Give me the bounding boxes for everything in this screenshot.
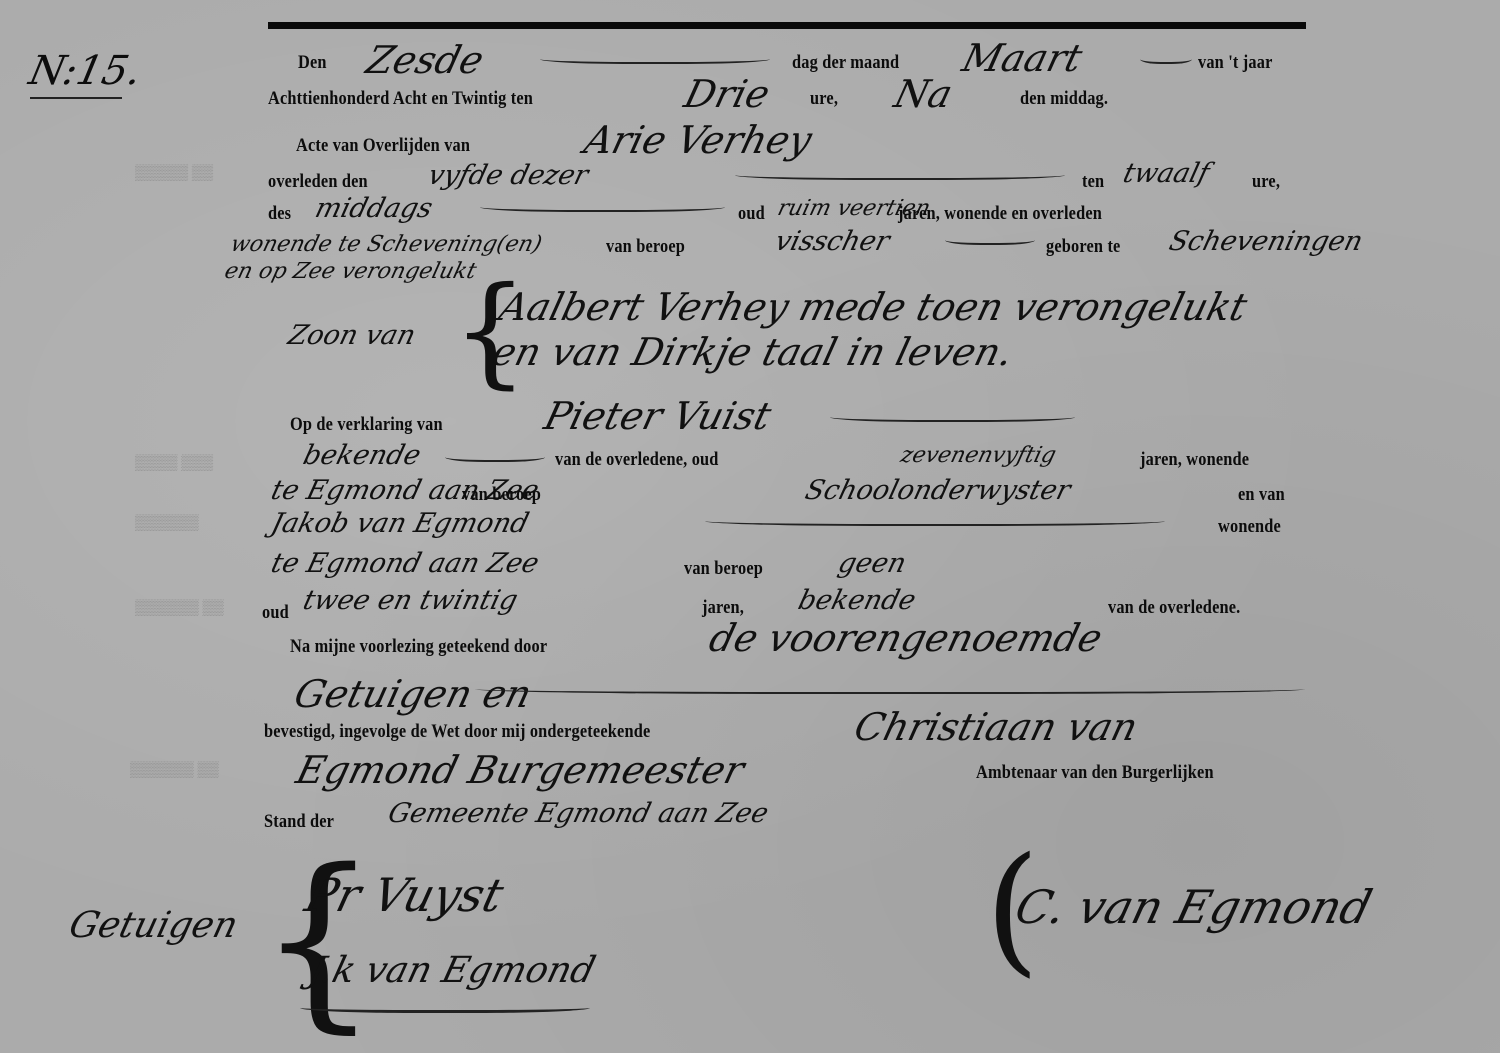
label-den: Den (298, 52, 327, 74)
label-van-beroep: van beroep (606, 236, 685, 258)
bleed-through-text: ▒▒▒▒▒▒ ▒▒ (135, 600, 224, 617)
field-father: Aalbert Verhey mede toen verongelukt (495, 285, 1251, 329)
fill-line (480, 200, 725, 212)
label-van-beroep-3: van beroep (684, 558, 763, 580)
label-van-de-overledene-oud: van de overledene, oud (555, 449, 719, 471)
field-official-name: Christiaan van (850, 705, 1142, 749)
field-witness1-age: zevenenvyftig (898, 443, 1059, 468)
label-bevestigd: bevestigd, ingevolge de Wet door mij ond… (264, 721, 650, 743)
field-witness2-age: twee en twintig (300, 585, 521, 616)
field-note: en op Zee verongelukt (222, 259, 479, 284)
field-month: Maart (958, 36, 1087, 80)
label-dag-der-maand: dag der maand (792, 52, 899, 74)
label-oud: oud (738, 203, 765, 225)
field-signed-by-2: Getuigen en (290, 672, 536, 716)
field-witness1-name: Pieter Vuist (540, 394, 776, 438)
label-wonende: wonende (1218, 516, 1281, 538)
fill-line (945, 233, 1035, 245)
field-birthplace: Scheveningen (1166, 226, 1366, 257)
label-van-t-jaar: van 't jaar (1198, 52, 1273, 74)
fill-line (735, 168, 1065, 180)
signature-official: C. van Egmond (1010, 880, 1377, 934)
field-mother: en van Dirkje taal in leven. (488, 330, 1018, 374)
bleed-through-text: ▒▒▒▒▒ ▒▒ (135, 165, 213, 182)
fill-line (445, 450, 545, 462)
fill-line (540, 52, 770, 64)
top-rule (268, 22, 1306, 29)
field-residence: wonende te Schevening(en) (228, 232, 544, 257)
field-hour: Drie (680, 72, 774, 116)
label-ure-2: ure, (1252, 171, 1280, 193)
label-den-middag: den middag. (1020, 88, 1108, 110)
signature-witness1: Pr Vuyst (300, 868, 509, 922)
label-zoon-van: Zoon van (285, 320, 419, 351)
field-official-title: Egmond Burgemeester (292, 748, 749, 792)
field-signed-by: de voorengenoemde (705, 616, 1107, 660)
fill-line (475, 682, 1305, 694)
field-witness2-profession: geen (835, 548, 909, 579)
document-page: N:15. ▒▒▒▒▒ ▒▒ ▒▒▒▒ ▒▒▒ ▒▒▒▒▒▒ ▒▒▒▒▒▒ ▒▒… (0, 0, 1500, 1053)
label-op-de-verklaring: Op de verklaring van (290, 414, 443, 436)
label-overleden-den: overleden den (268, 171, 368, 193)
bleed-through-text: ▒▒▒▒ ▒▒▒ (135, 455, 213, 472)
label-geboren-te: geboren te (1046, 236, 1120, 258)
record-number-underline (30, 97, 122, 99)
field-municipality: Gemeente Egmond aan Zee (385, 798, 772, 829)
field-profession: visscher (772, 226, 893, 257)
label-jaren-wonende-overleden: jaren, wonende en overleden (898, 203, 1102, 225)
field-deceased-name: Arie Verhey (580, 118, 816, 162)
field-death-part-of-day: middags (312, 193, 436, 224)
field-death-day: vyfde dezer (425, 160, 591, 191)
label-acte-van-overlijden: Acte van Overlijden van (296, 135, 470, 157)
field-witness2-residence: te Egmond aan Zee (268, 548, 542, 579)
label-ambtenaar: Ambtenaar van den Burgerlijken (976, 762, 1214, 784)
fill-line (1140, 52, 1192, 64)
record-number: N:15. (25, 48, 145, 94)
fill-line (830, 410, 1075, 422)
field-day: Zesde (362, 38, 488, 82)
field-death-hour: twaalf (1120, 158, 1213, 189)
label-des: des (268, 203, 291, 225)
label-ten: ten (1082, 171, 1104, 193)
field-witness1-profession: Schoolonderwyster (802, 475, 1074, 506)
bleed-through-text: ▒▒▒▒▒▒ ▒▒ (130, 762, 219, 779)
label-jaren-wonende: jaren, wonende (1140, 449, 1249, 471)
field-witness2-name: Jakob van Egmond (268, 508, 532, 539)
label-getuigen: Getuigen (65, 905, 242, 946)
label-oud-2: oud (262, 602, 289, 624)
signature-flourish (300, 1000, 590, 1013)
label-van-de-overledene: van de overledene. (1108, 597, 1240, 619)
field-witness2-relation: bekende (795, 585, 919, 616)
field-witness1-relation: bekende (300, 440, 424, 471)
field-time-of-day: Na (890, 72, 957, 116)
label-van-beroep-2: van beroep (462, 484, 541, 506)
bleed-through-text: ▒▒▒▒▒▒ (135, 515, 199, 532)
label-na-mijne-voorlezing: Na mijne voorlezing geteekend door (290, 636, 547, 658)
label-year: Achttienhonderd Acht en Twintig ten (268, 88, 533, 110)
signature-witness2: J.k van Egmond (305, 950, 599, 991)
fill-line (705, 514, 1165, 526)
label-ure: ure, (810, 88, 838, 110)
label-en-van: en van (1238, 484, 1285, 506)
